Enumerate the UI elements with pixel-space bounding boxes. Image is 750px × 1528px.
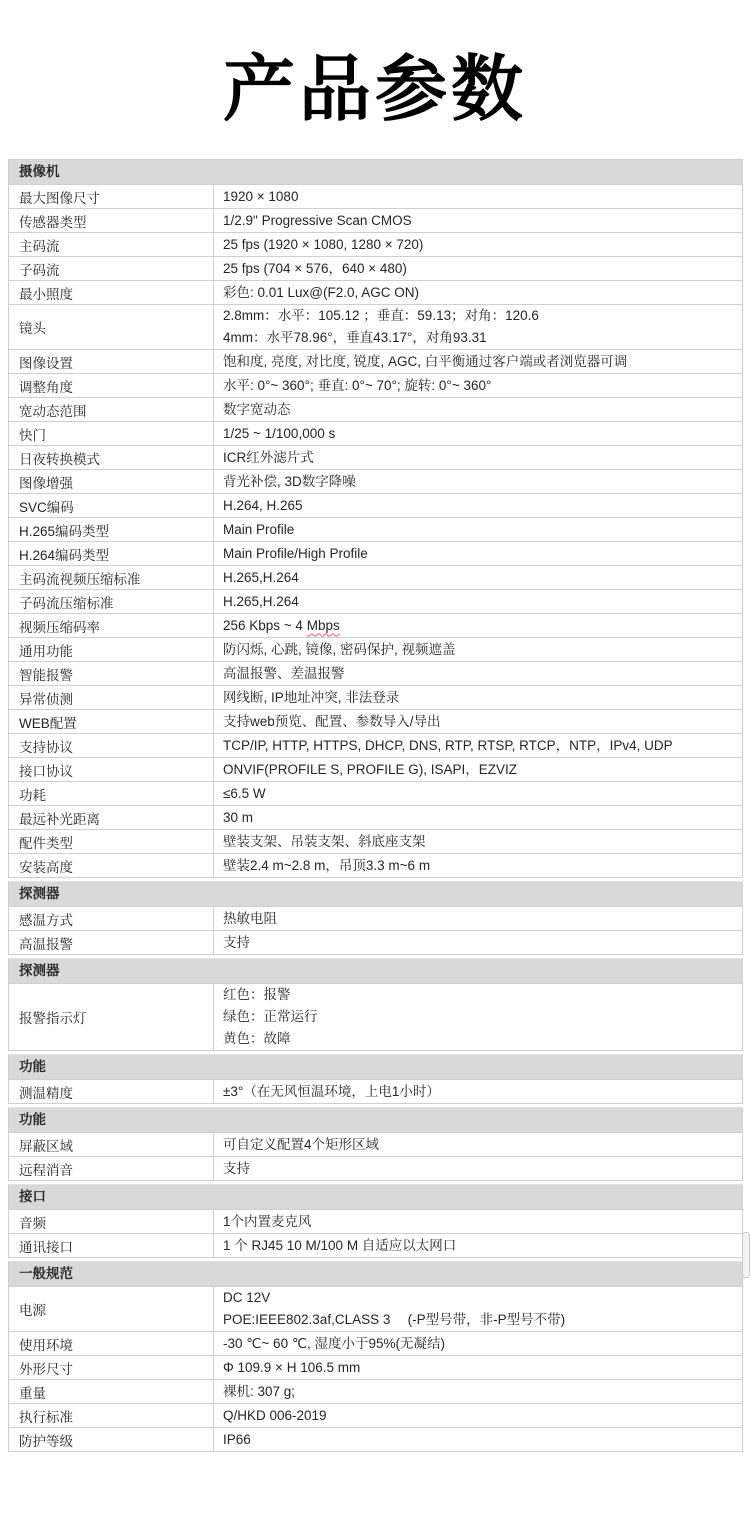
spec-value: 网线断, IP地址冲突, 非法登录 xyxy=(214,686,742,709)
spec-value: 1个内置麦克风 xyxy=(214,1210,742,1233)
spec-value: 1/2.9" Progressive Scan CMOS xyxy=(214,209,742,232)
spec-value-line: 绿色：正常运行 xyxy=(223,1006,734,1028)
spec-label: 异常侦测 xyxy=(9,686,214,709)
spellcheck-underlined-word: Mbps xyxy=(307,618,340,633)
spec-label: 图像增强 xyxy=(9,470,214,493)
section-header: 接口 xyxy=(8,1184,743,1210)
spec-row: H.265编码类型Main Profile xyxy=(8,518,743,542)
spec-row: 通用功能防闪烁, 心跳, 镜像, 密码保护, 视频遮盖 xyxy=(8,638,743,662)
spec-value: 2.8mm：水平：105.12 ；垂直：59.13；对角：120.64mm：水平… xyxy=(214,305,742,349)
spec-label: 主码流 xyxy=(9,233,214,256)
spec-row: 重量裸机: 307 g; xyxy=(8,1380,743,1404)
section-header: 一般规范 xyxy=(8,1261,743,1287)
spec-row: 图像增强背光补偿, 3D数字降噪 xyxy=(8,470,743,494)
spec-label: 快门 xyxy=(9,422,214,445)
spec-label: 感温方式 xyxy=(9,907,214,930)
spec-label: 防护等级 xyxy=(9,1428,214,1451)
spec-label: 屏蔽区域 xyxy=(9,1133,214,1156)
spec-value-line: -30 ℃~ 60 ℃, 湿度小于95%(无凝结) xyxy=(223,1333,734,1355)
spec-sheet: 产品参数 摄像机最大图像尺寸1920 × 1080传感器类型1/2.9" Pro… xyxy=(0,0,750,1452)
spec-label: 宽动态范围 xyxy=(9,398,214,421)
spec-row: 快门1/25 ~ 1/100,000 s xyxy=(8,422,743,446)
spec-value-line: 支持 xyxy=(223,932,734,954)
spec-row: 最小照度彩色: 0.01 Lux@(F2.0, AGC ON) xyxy=(8,281,743,305)
spec-label: 安装高度 xyxy=(9,854,214,877)
spec-value: 背光补偿, 3D数字降噪 xyxy=(214,470,742,493)
spec-value-line: 防闪烁, 心跳, 镜像, 密码保护, 视频遮盖 xyxy=(223,639,734,661)
spec-row: 接口协议ONVIF(PROFILE S, PROFILE G), ISAPI，E… xyxy=(8,758,743,782)
spec-label: 支持协议 xyxy=(9,734,214,757)
section-header: 功能 xyxy=(8,1107,743,1133)
spec-value-line: 可自定义配置4个矩形区域 xyxy=(223,1134,734,1156)
spec-row: WEB配置支持web预览、配置、参数导入/导出 xyxy=(8,710,743,734)
spec-value-line: 25 fps (1920 × 1080, 1280 × 720) xyxy=(223,234,734,256)
scrollbar-thumb[interactable] xyxy=(742,1232,750,1278)
spec-value-line: 256 Kbps ~ 4 Mbps xyxy=(223,615,734,637)
spec-value: 壁装支架、吊装支架、斜底座支架 xyxy=(214,830,742,853)
spec-row: 音频1个内置麦克风 xyxy=(8,1210,743,1234)
spec-value-line: 壁装支架、吊装支架、斜底座支架 xyxy=(223,831,734,853)
spec-table: 摄像机最大图像尺寸1920 × 1080传感器类型1/2.9" Progress… xyxy=(8,159,743,1452)
spec-row: 最大图像尺寸1920 × 1080 xyxy=(8,185,743,209)
spec-label: 视频压缩码率 xyxy=(9,614,214,637)
spec-value-line: 支持web预览、配置、参数导入/导出 xyxy=(223,711,734,733)
spec-value-line: 4mm：水平78.96°，垂直43.17°，对角93.31 xyxy=(223,327,734,349)
spec-value: ±3°（在无风恒温环境，上电1小时） xyxy=(214,1080,742,1103)
spec-label: 最大图像尺寸 xyxy=(9,185,214,208)
spec-row: 通讯接口1 个 RJ45 10 M/100 M 自适应以太网口 xyxy=(8,1234,743,1258)
spec-label: 电源 xyxy=(9,1287,214,1331)
spec-value: 热敏电阻 xyxy=(214,907,742,930)
spec-row: 子码流25 fps (704 × 576，640 × 480) xyxy=(8,257,743,281)
spec-value: DC 12VPOE:IEEE802.3af,CLASS 3 (-P型号带，非-P… xyxy=(214,1287,742,1331)
spec-value: Φ 109.9 × H 106.5 mm xyxy=(214,1356,742,1379)
spec-row: 主码流视频压缩标准H.265,H.264 xyxy=(8,566,743,590)
spec-label: 功耗 xyxy=(9,782,214,805)
spec-value: 水平: 0°~ 360°; 垂直: 0°~ 70°; 旋转: 0°~ 360° xyxy=(214,374,742,397)
spec-row: 防护等级IP66 xyxy=(8,1428,743,1452)
spec-row: 支持协议TCP/IP, HTTP, HTTPS, DHCP, DNS, RTP,… xyxy=(8,734,743,758)
spec-value: H.265,H.264 xyxy=(214,590,742,613)
spec-value: 饱和度, 亮度, 对比度, 锐度, AGC, 白平衡通过客户端或者浏览器可调 xyxy=(214,350,742,373)
spec-value-line: POE:IEEE802.3af,CLASS 3 (-P型号带，非-P型号不带) xyxy=(223,1309,734,1331)
spec-label: 最远补光距离 xyxy=(9,806,214,829)
spec-value: -30 ℃~ 60 ℃, 湿度小于95%(无凝结) xyxy=(214,1332,742,1355)
spec-value-line: ≤6.5 W xyxy=(223,783,734,805)
spec-value-line: 水平: 0°~ 360°; 垂直: 0°~ 70°; 旋转: 0°~ 360° xyxy=(223,375,734,397)
spec-value: 高温报警、差温报警 xyxy=(214,662,742,685)
spec-value: 30 m xyxy=(214,806,742,829)
spec-value: ≤6.5 W xyxy=(214,782,742,805)
spec-value: 25 fps (1920 × 1080, 1280 × 720) xyxy=(214,233,742,256)
spec-value: Main Profile/High Profile xyxy=(214,542,742,565)
spec-label: 智能报警 xyxy=(9,662,214,685)
spec-value: 1/25 ~ 1/100,000 s xyxy=(214,422,742,445)
spec-label: SVC编码 xyxy=(9,494,214,517)
section-header: 功能 xyxy=(8,1054,743,1080)
spec-value-line: 1个内置麦克风 xyxy=(223,1211,734,1233)
spec-row: 功耗≤6.5 W xyxy=(8,782,743,806)
spec-row: 子码流压缩标准H.265,H.264 xyxy=(8,590,743,614)
spec-value-line: 饱和度, 亮度, 对比度, 锐度, AGC, 白平衡通过客户端或者浏览器可调 xyxy=(223,351,734,373)
spec-value-line: H.265,H.264 xyxy=(223,567,734,589)
spec-label: 子码流 xyxy=(9,257,214,280)
spec-value-line: DC 12V xyxy=(223,1287,734,1309)
spec-label: H.264编码类型 xyxy=(9,542,214,565)
spec-value-line: 支持 xyxy=(223,1158,734,1180)
spec-value: 壁装2.4 m~2.8 m，吊顶3.3 m~6 m xyxy=(214,854,742,877)
spec-row: 高温报警支持 xyxy=(8,931,743,955)
spec-label: WEB配置 xyxy=(9,710,214,733)
spec-label: 日夜转换模式 xyxy=(9,446,214,469)
spec-value: 裸机: 307 g; xyxy=(214,1380,742,1403)
spec-value-line: 25 fps (704 × 576，640 × 480) xyxy=(223,258,734,280)
spec-label: 报警指示灯 xyxy=(9,984,214,1050)
spec-label: 最小照度 xyxy=(9,281,214,304)
spec-label: 外形尺寸 xyxy=(9,1356,214,1379)
spec-value-line: ±3°（在无风恒温环境，上电1小时） xyxy=(223,1081,734,1103)
spec-row: 测温精度±3°（在无风恒温环境，上电1小时） xyxy=(8,1080,743,1104)
spec-value-line: H.265,H.264 xyxy=(223,591,734,613)
spec-value-line: ONVIF(PROFILE S, PROFILE G), ISAPI，EZVIZ xyxy=(223,759,734,781)
spec-value-line: Main Profile/High Profile xyxy=(223,543,734,565)
spec-label: 调整角度 xyxy=(9,374,214,397)
spec-value: 1920 × 1080 xyxy=(214,185,742,208)
spec-value-line: 背光补偿, 3D数字降噪 xyxy=(223,471,734,493)
spec-value: H.265,H.264 xyxy=(214,566,742,589)
spec-row: 感温方式热敏电阻 xyxy=(8,907,743,931)
spec-row: 外形尺寸Φ 109.9 × H 106.5 mm xyxy=(8,1356,743,1380)
spec-value: H.264, H.265 xyxy=(214,494,742,517)
spec-value: Q/HKD 006-2019 xyxy=(214,1404,742,1427)
spec-row: 镜头2.8mm：水平：105.12 ；垂直：59.13；对角：120.64mm：… xyxy=(8,305,743,350)
spec-row: 配件类型壁装支架、吊装支架、斜底座支架 xyxy=(8,830,743,854)
spec-value-line: 壁装2.4 m~2.8 m，吊顶3.3 m~6 m xyxy=(223,855,734,877)
spec-value-line: 彩色: 0.01 Lux@(F2.0, AGC ON) xyxy=(223,282,734,304)
spec-label: 执行标准 xyxy=(9,1404,214,1427)
spec-label: 主码流视频压缩标准 xyxy=(9,566,214,589)
spec-value: ICR红外滤片式 xyxy=(214,446,742,469)
spec-value: 彩色: 0.01 Lux@(F2.0, AGC ON) xyxy=(214,281,742,304)
spec-value-line: TCP/IP, HTTP, HTTPS, DHCP, DNS, RTP, RTS… xyxy=(223,735,734,757)
spec-row: SVC编码H.264, H.265 xyxy=(8,494,743,518)
spec-value-line: Φ 109.9 × H 106.5 mm xyxy=(223,1357,734,1379)
spec-label: 镜头 xyxy=(9,305,214,349)
spec-value: 支持 xyxy=(214,1157,742,1180)
spec-label: 通讯接口 xyxy=(9,1234,214,1257)
section-header: 探测器 xyxy=(8,881,743,907)
spec-value: Main Profile xyxy=(214,518,742,541)
spec-label: 远程消音 xyxy=(9,1157,214,1180)
spec-value-line: 1920 × 1080 xyxy=(223,186,734,208)
spec-value-line: Q/HKD 006-2019 xyxy=(223,1405,734,1427)
spec-value-line: 1/2.9" Progressive Scan CMOS xyxy=(223,210,734,232)
spec-value: TCP/IP, HTTP, HTTPS, DHCP, DNS, RTP, RTS… xyxy=(214,734,742,757)
spec-value-line: 1/25 ~ 1/100,000 s xyxy=(223,423,734,445)
spec-label: 测温精度 xyxy=(9,1080,214,1103)
spec-label: 重量 xyxy=(9,1380,214,1403)
spec-value-line: 1 个 RJ45 10 M/100 M 自适应以太网口 xyxy=(223,1235,734,1257)
page-title: 产品参数 xyxy=(0,0,750,134)
spec-row: 执行标准Q/HKD 006-2019 xyxy=(8,1404,743,1428)
spec-value-line: 裸机: 307 g; xyxy=(223,1381,734,1403)
spec-value-line: 30 m xyxy=(223,807,734,829)
spec-value: ONVIF(PROFILE S, PROFILE G), ISAPI，EZVIZ xyxy=(214,758,742,781)
spec-value: 支持web预览、配置、参数导入/导出 xyxy=(214,710,742,733)
spec-value: 1 个 RJ45 10 M/100 M 自适应以太网口 xyxy=(214,1234,742,1257)
spec-row: 图像设置饱和度, 亮度, 对比度, 锐度, AGC, 白平衡通过客户端或者浏览器… xyxy=(8,350,743,374)
spec-label: 音频 xyxy=(9,1210,214,1233)
spec-row: 远程消音支持 xyxy=(8,1157,743,1181)
spec-row: 智能报警高温报警、差温报警 xyxy=(8,662,743,686)
spec-value-line: 红色：报警 xyxy=(223,984,734,1006)
spec-value: 可自定义配置4个矩形区域 xyxy=(214,1133,742,1156)
spec-value: 支持 xyxy=(214,931,742,954)
spec-row: 宽动态范围数字宽动态 xyxy=(8,398,743,422)
spec-label: H.265编码类型 xyxy=(9,518,214,541)
spec-value-line: 网线断, IP地址冲突, 非法登录 xyxy=(223,687,734,709)
spec-value-line: 2.8mm：水平：105.12 ；垂直：59.13；对角：120.6 xyxy=(223,305,734,327)
spec-label: 配件类型 xyxy=(9,830,214,853)
spec-label: 图像设置 xyxy=(9,350,214,373)
spec-value-line: IP66 xyxy=(223,1429,734,1451)
spec-label: 传感器类型 xyxy=(9,209,214,232)
section-header: 摄像机 xyxy=(8,160,743,185)
spec-row: 视频压缩码率256 Kbps ~ 4 Mbps xyxy=(8,614,743,638)
spec-value-line: 数字宽动态 xyxy=(223,399,734,421)
spec-row: 使用环境-30 ℃~ 60 ℃, 湿度小于95%(无凝结) xyxy=(8,1332,743,1356)
spec-row: 电源DC 12VPOE:IEEE802.3af,CLASS 3 (-P型号带，非… xyxy=(8,1287,743,1332)
spec-value: 防闪烁, 心跳, 镜像, 密码保护, 视频遮盖 xyxy=(214,638,742,661)
spec-label: 通用功能 xyxy=(9,638,214,661)
spec-row: 异常侦测网线断, IP地址冲突, 非法登录 xyxy=(8,686,743,710)
spec-value: IP66 xyxy=(214,1428,742,1451)
section-header: 探测器 xyxy=(8,958,743,984)
spec-value-line: 热敏电阻 xyxy=(223,908,734,930)
spec-row: H.264编码类型Main Profile/High Profile xyxy=(8,542,743,566)
spec-row: 报警指示灯红色：报警绿色：正常运行黄色：故障 xyxy=(8,984,743,1051)
spec-row: 屏蔽区域可自定义配置4个矩形区域 xyxy=(8,1133,743,1157)
spec-value-line: 高温报警、差温报警 xyxy=(223,663,734,685)
spec-value-line: ICR红外滤片式 xyxy=(223,447,734,469)
spec-label: 子码流压缩标准 xyxy=(9,590,214,613)
spec-value: 数字宽动态 xyxy=(214,398,742,421)
spec-value: 256 Kbps ~ 4 Mbps xyxy=(214,614,742,637)
spec-label: 接口协议 xyxy=(9,758,214,781)
spec-value: 25 fps (704 × 576，640 × 480) xyxy=(214,257,742,280)
spec-row: 日夜转换模式ICR红外滤片式 xyxy=(8,446,743,470)
spec-row: 主码流25 fps (1920 × 1080, 1280 × 720) xyxy=(8,233,743,257)
spec-row: 传感器类型1/2.9" Progressive Scan CMOS xyxy=(8,209,743,233)
spec-row: 调整角度水平: 0°~ 360°; 垂直: 0°~ 70°; 旋转: 0°~ 3… xyxy=(8,374,743,398)
spec-row: 最远补光距离30 m xyxy=(8,806,743,830)
spec-value: 红色：报警绿色：正常运行黄色：故障 xyxy=(214,984,742,1050)
spec-value-line: H.264, H.265 xyxy=(223,495,734,517)
spec-value-line: 黄色：故障 xyxy=(223,1028,734,1050)
spec-value-line: Main Profile xyxy=(223,519,734,541)
spec-row: 安装高度壁装2.4 m~2.8 m，吊顶3.3 m~6 m xyxy=(8,854,743,878)
spec-label: 使用环境 xyxy=(9,1332,214,1355)
spec-label: 高温报警 xyxy=(9,931,214,954)
